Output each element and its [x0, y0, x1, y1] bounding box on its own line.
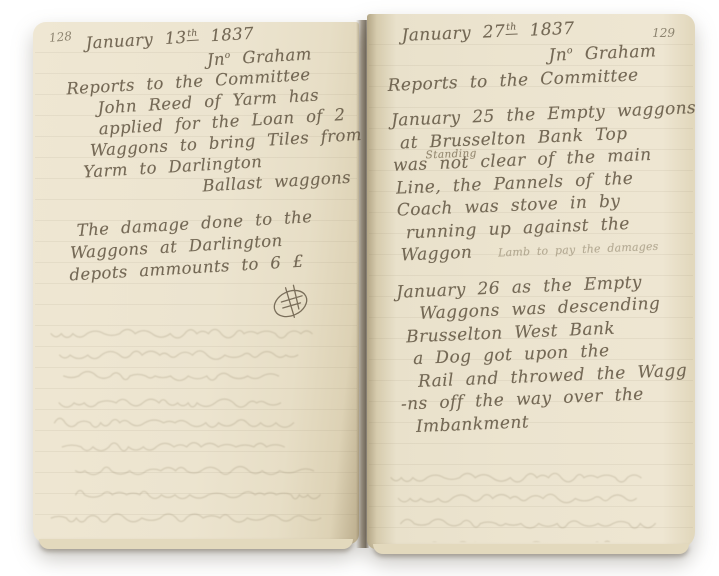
date-year: 1837 — [210, 24, 255, 46]
interlinear-insertion: Standing — [425, 143, 477, 168]
manuscript-word: Waggon — [400, 243, 472, 266]
signer-prefix: Jn — [548, 45, 567, 66]
date-day: January 13 — [85, 28, 187, 53]
photo-background: 128 January 13th 1837 Jno Graham Reports… — [0, 0, 719, 576]
open-minute-book: 128 January 13th 1837 Jno Graham Reports… — [33, 14, 695, 555]
right-page-writing: January 27th 1837 Jno Graham Reports to … — [385, 9, 710, 439]
left-page: 128 January 13th 1837 Jno Graham Reports… — [33, 22, 359, 544]
signer-superscript: o — [567, 45, 573, 56]
date-day: January 27 — [401, 22, 505, 46]
faint-marginal-note: Lamb to pay the damages — [498, 240, 659, 260]
date-ordinal: th — [505, 21, 518, 35]
text-before-insert: was — [393, 155, 428, 176]
date-year: 1837 — [529, 19, 575, 41]
left-page-writing: January 13th 1837 Jno Graham Reports to … — [55, 14, 373, 340]
right-page: 129 January 27th 1837 Jno Graham Reports… — [367, 14, 695, 549]
show-through-writing — [387, 462, 677, 542]
signer-name: Graham — [585, 41, 657, 64]
signer-superscript: o — [224, 50, 230, 60]
signer-prefix: Jn — [206, 49, 225, 69]
date-ordinal: th — [186, 28, 199, 41]
show-through-writing — [47, 318, 345, 538]
